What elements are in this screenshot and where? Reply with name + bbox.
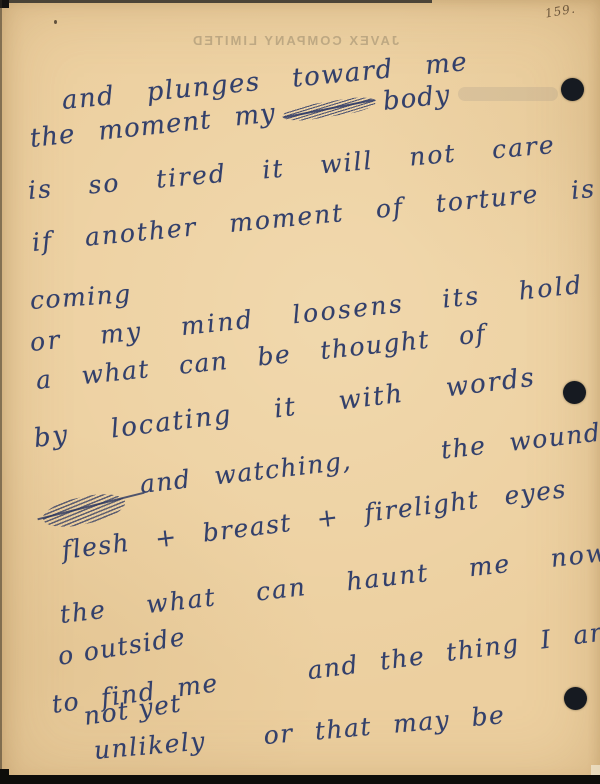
punch-hole-top (561, 78, 584, 101)
scan-edge-top (0, 0, 432, 3)
scan-corner-bottom-right-highlight (591, 765, 600, 775)
handwriting-line-5: coming (29, 279, 133, 315)
line-2-after-deletion: body (381, 80, 451, 117)
manuscript-page: JAVEX COMPANY LIMITED 159. and plunges t… (0, 0, 600, 784)
scan-edge-bottom-left (0, 769, 9, 784)
line-15-part-b: or that may be (262, 700, 506, 750)
punch-hole-bottom (564, 687, 587, 710)
scribbled-out-word (283, 94, 376, 123)
punch-hole-middle (563, 381, 586, 404)
word-gap (207, 744, 265, 749)
handwriting-line-12: o outside (56, 622, 188, 671)
word-gap (353, 459, 442, 469)
ink-speck (54, 20, 57, 24)
margin-scribbled-out-word (40, 489, 128, 533)
line-9-part-a: and watching, (138, 446, 353, 499)
line-15-part-a: unlikely (93, 726, 207, 765)
letterhead-bleedthrough-text: JAVEX COMPANY LIMITED (128, 33, 462, 48)
scan-edge-bottom (0, 775, 600, 784)
line-9-part-b: the wound (439, 418, 600, 465)
letterhead-bleedthrough-smudge (458, 87, 558, 101)
page-number: 159. (544, 1, 577, 20)
line-13-part-b: and the thing I am (306, 616, 600, 685)
word-gap (220, 679, 309, 691)
scan-edge-left (0, 0, 2, 784)
